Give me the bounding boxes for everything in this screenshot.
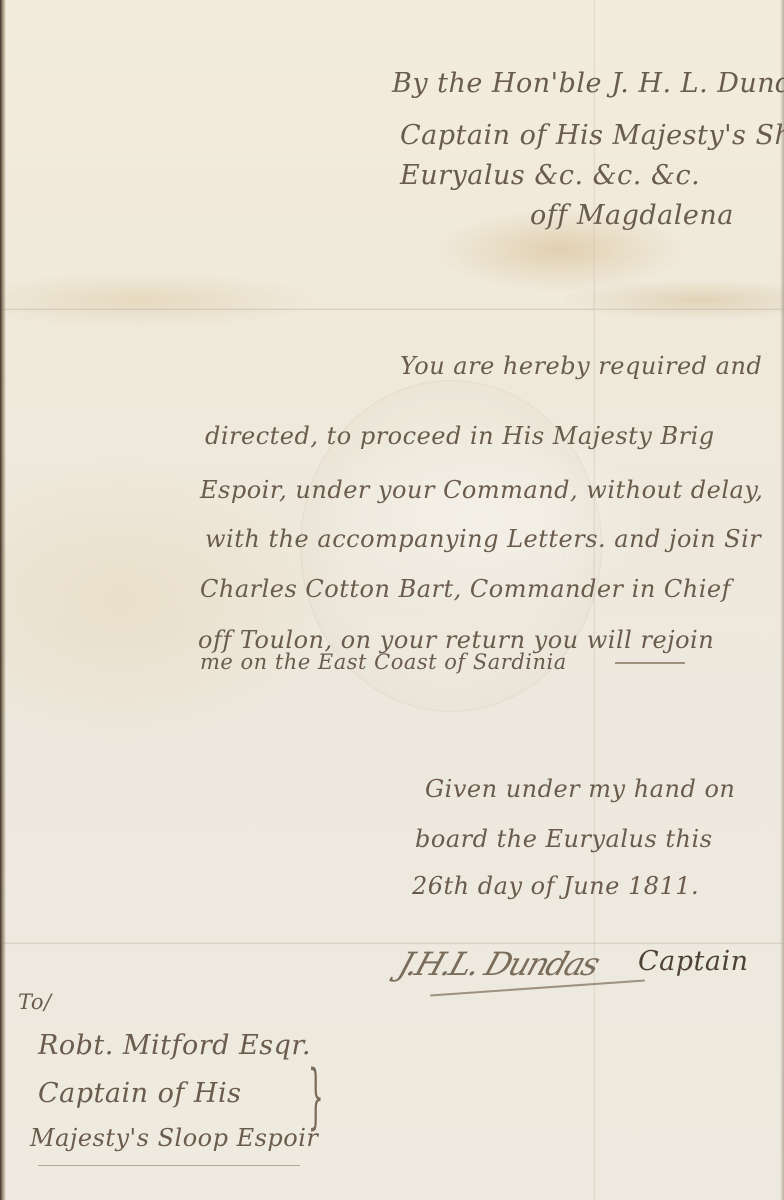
heading-line-2: Captain of His Majesty's Ship: [400, 120, 784, 151]
body-line-1: You are hereby required and: [400, 352, 762, 380]
signature: J.H.L. Dundas: [394, 945, 603, 983]
heading-line-3: Euryalus &c. &c. &c.: [400, 160, 700, 191]
address-brace: }: [308, 1055, 324, 1137]
address-line-2: Captain of His: [38, 1078, 241, 1109]
heading-line-1: By the Hon'ble J. H. L. Dundas: [392, 68, 784, 99]
address-line-1: Robt. Mitford Esqr.: [38, 1030, 311, 1061]
signature-title: Captain: [638, 946, 749, 977]
address-underline: [38, 1165, 300, 1166]
dateline-line-1: Given under my hand on: [425, 775, 735, 803]
paper-left-edge: [0, 0, 6, 1200]
address-line-3: Majesty's Sloop Espoir: [30, 1124, 318, 1152]
address-prefix: To/: [18, 990, 52, 1014]
line-end-flourish: [615, 662, 685, 664]
body-line-4: with the accompanying Letters. and join …: [205, 525, 761, 553]
dateline-line-2: board the Euryalus this: [415, 825, 713, 853]
horizontal-fold-upper: [0, 308, 784, 311]
body-line-5: Charles Cotton Bart, Commander in Chief: [200, 575, 731, 603]
body-line-7: me on the East Coast of Sardinia: [200, 650, 567, 674]
dateline-line-3: 26th day of June 1811.: [412, 872, 699, 900]
body-line-2: directed, to proceed in His Majesty Brig: [205, 422, 715, 450]
paper-right-edge: [780, 0, 784, 1200]
body-line-3: Espoir, under your Command, without dela…: [200, 476, 763, 504]
heading-line-4: off Magdalena: [530, 200, 734, 231]
horizontal-fold-lower: [0, 942, 784, 945]
